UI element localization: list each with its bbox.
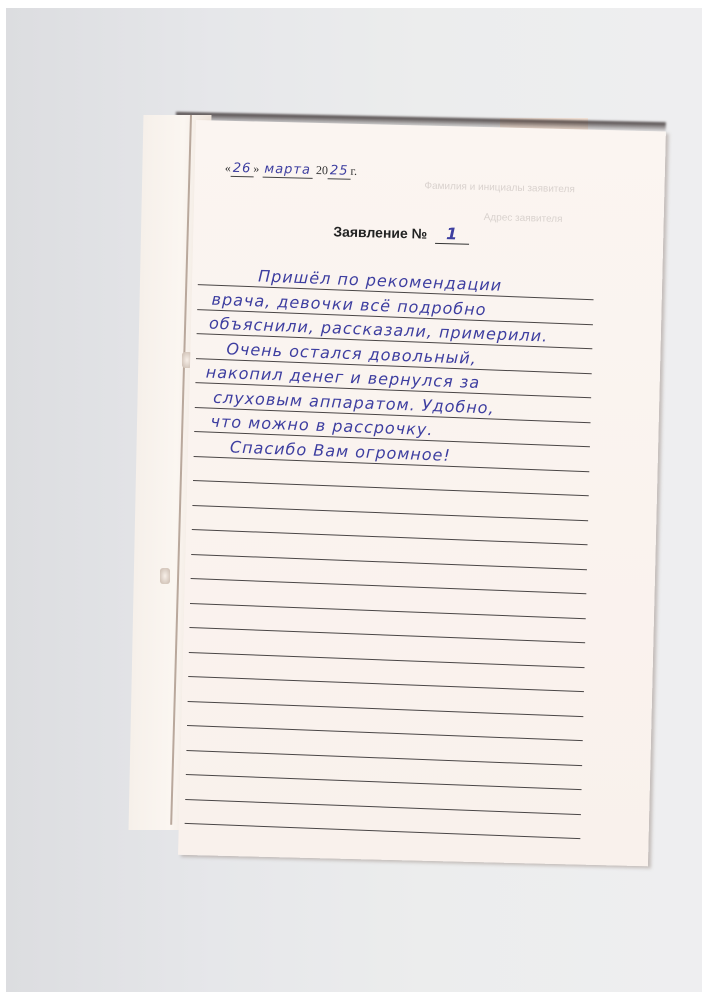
ruled-lines: Пришёл по рекомендацииврача, девочки всё… (185, 260, 595, 833)
ghost-text-applicant-address: Адрес заявителя (484, 212, 563, 225)
statement-number-field: 1 (435, 224, 469, 245)
complaint-book-page: Фамилия и инициалы заявителя Адрес заяви… (178, 120, 666, 866)
date-year-suffix: 25 (328, 163, 351, 180)
date-day: 26 (231, 161, 254, 178)
statement-label: Заявление № (333, 223, 427, 241)
date-close-quote: » (253, 161, 259, 175)
date-year-unit: г. (350, 164, 357, 178)
date-month: марта (262, 162, 313, 179)
statement-title: Заявление № 1 (333, 221, 469, 244)
date-year-prefix: 20 (316, 163, 328, 177)
statement-number: 1 (446, 224, 459, 243)
ghost-text-applicant-name: Фамилия и инициалы заявителя (424, 181, 575, 196)
date-field: «26» марта 2025г. (225, 161, 358, 179)
staple-bottom-icon (160, 568, 170, 584)
